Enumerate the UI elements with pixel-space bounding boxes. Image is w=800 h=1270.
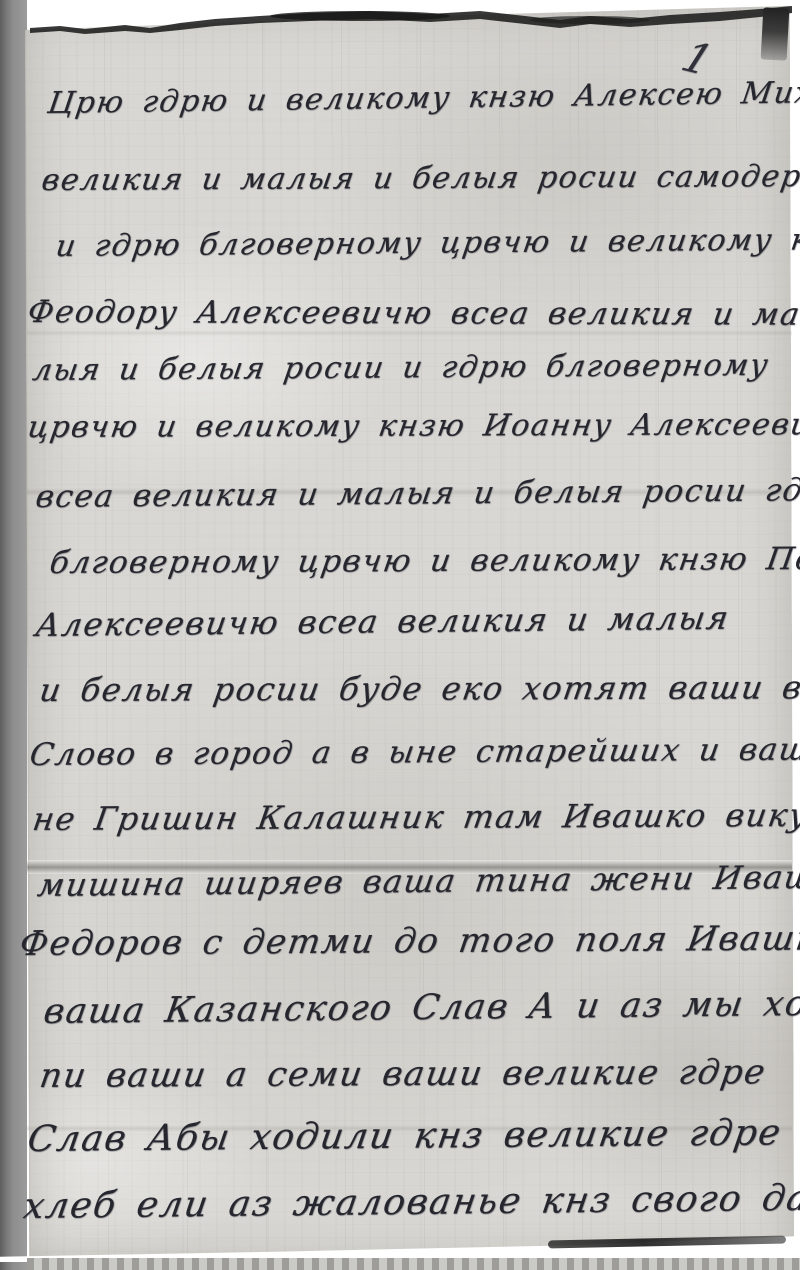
scanner-edge-strip: [0, 0, 27, 1270]
torn-top-edge: [30, 4, 792, 38]
manuscript-line: всеа великия и малыя и белыя росии гдрю: [33, 472, 800, 515]
manuscript-line: великия и малыя и белыя росии самодержцу…: [39, 158, 800, 198]
manuscript-line: и гдрю блговерному црвчю и великому кнзю: [53, 222, 800, 264]
manuscript-line: Федоров с детми до того поля Ивашко кнзо: [17, 918, 800, 965]
manuscript-line: Феодору Алексеевичю всеа великия и ма: [25, 294, 800, 333]
manuscript-line: мишина ширяев ваша тина жени Ивашко: [35, 857, 800, 904]
manuscript-line: Алексеевичю всеа великия и малыя: [33, 599, 732, 644]
manuscript-line: пи ваши а семи ваши великие гдре: [37, 1052, 769, 1096]
torn-corner-fragment: [761, 7, 790, 60]
manuscript-line: Слово в город а в ыне старейших и вашию …: [27, 730, 800, 773]
manuscript-line: лыя и белыя росии и гдрю блговерному: [30, 348, 771, 388]
scan-bottom-texture-band: [27, 1258, 800, 1270]
manuscript-line: ваша Казанского Слав А и аз мы холо: [41, 983, 800, 1032]
manuscript-line: не Гришин Калашник там Ивашко викули жен…: [30, 795, 800, 838]
manuscript-line: хлеб ели аз жалованье кнз свого да: [21, 1178, 800, 1227]
manuscript-line: блговерному црвчю и великому кнзю Петру: [47, 541, 800, 581]
manuscript-line: црвчю и великому кнзю Иоанну Алексеевичю: [25, 407, 800, 445]
manuscript-line: Слав Абы ходили кнз великие гдре: [25, 1112, 785, 1160]
manuscript-line: и белыя росии буде еко хотят ваши велми: [37, 668, 800, 709]
scanned-manuscript-page: 1 Црю гдрю и великому кнзю Алексею Михай…: [0, 0, 800, 1270]
